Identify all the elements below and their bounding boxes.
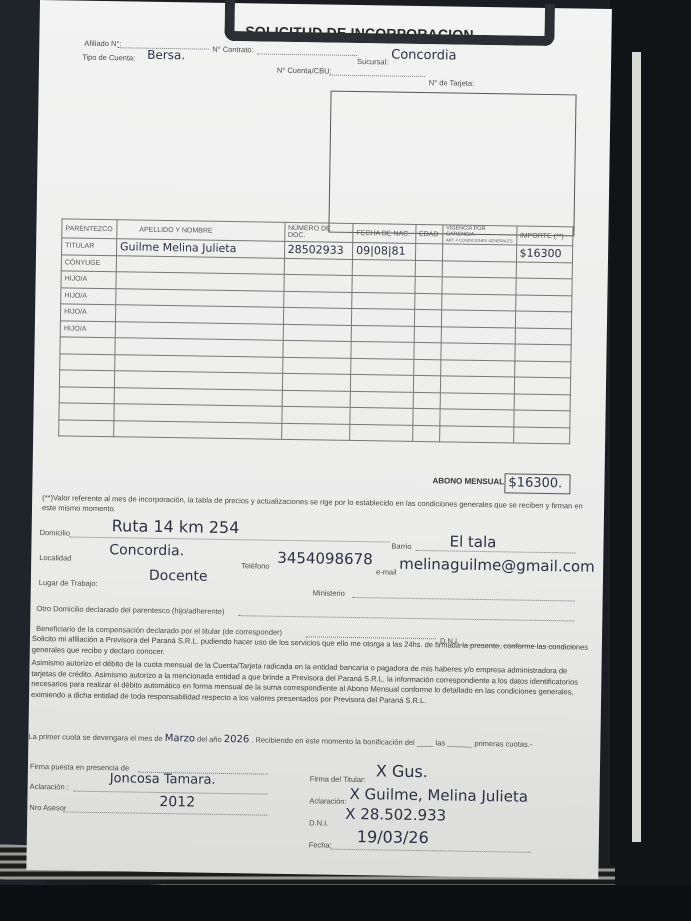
afiliado-label: Afiliado N°: xyxy=(84,39,121,49)
aclaracion-right-value[interactable]: X Guilme, Melina Julieta xyxy=(349,785,528,806)
cell-vigencia[interactable] xyxy=(439,425,513,443)
contrato-label: N° Contrato: xyxy=(212,45,253,55)
cell-edad[interactable] xyxy=(414,309,441,326)
cell-vigencia[interactable] xyxy=(442,277,516,295)
cell-doc[interactable] xyxy=(283,274,352,292)
trabajo-label: Lugar de Trabajo: xyxy=(39,578,98,588)
barrio-value[interactable]: El tala xyxy=(449,533,496,552)
cell-doc[interactable] xyxy=(282,390,351,408)
primer-cuota-line: La primer cuota se devengara el mes de M… xyxy=(28,731,532,750)
vigencia-subtitle: ART. 4 CONDICIONES GENERALES xyxy=(446,237,513,243)
col-importe: IMPORTE (**) xyxy=(516,226,573,246)
asesor-line xyxy=(63,811,267,815)
vigencia-title: VIGENCIA POR CARENCIA xyxy=(446,225,486,237)
bonificacion-text: . Recibiendo en este momento la bonifica… xyxy=(251,735,415,747)
cell-edad[interactable] xyxy=(413,375,440,392)
cell-parentesco xyxy=(59,419,114,436)
cuenta-cbu-field[interactable] xyxy=(329,75,425,78)
bonificacion-cuotas: primeras cuotas.- xyxy=(474,739,532,749)
cell-vigencia[interactable] xyxy=(440,376,514,394)
cell-edad[interactable] xyxy=(414,326,441,343)
cell-doc[interactable] xyxy=(282,340,351,358)
cell-vigencia[interactable] xyxy=(442,244,516,262)
domicilio-value[interactable]: Ruta 14 km 254 xyxy=(112,516,240,537)
cell-fecha-nac[interactable]: 09|08|81 xyxy=(353,242,416,259)
cell-doc[interactable] xyxy=(283,324,352,342)
col-parentesco: PARENTEZCO xyxy=(62,219,117,239)
abono-label: ABONO MENSUAL xyxy=(432,476,504,486)
aclaracion-left-value[interactable]: Joncosa Tamara. xyxy=(110,771,216,788)
cell-doc[interactable] xyxy=(282,373,351,391)
tarjeta-label: N° de Tarjeta: xyxy=(429,78,475,88)
ministerio-field[interactable] xyxy=(353,597,575,601)
tipo-cuenta-label: Tipo de Cuenta: xyxy=(82,53,135,63)
cell-parentesco xyxy=(59,386,114,403)
cell-fecha-nac[interactable] xyxy=(350,424,413,441)
col-doc: NÚMERO DE DOC. xyxy=(284,222,353,242)
tipo-cuenta-value[interactable]: Bersa. xyxy=(147,48,185,63)
cell-vigencia[interactable] xyxy=(439,409,513,427)
cell-parentesco: HIJO/A xyxy=(60,320,115,337)
cell-fecha-nac[interactable] xyxy=(350,374,413,391)
cell-parentesco xyxy=(59,403,114,420)
cell-edad[interactable] xyxy=(415,243,442,260)
cell-fecha-nac[interactable] xyxy=(351,358,414,375)
cell-vigencia[interactable] xyxy=(441,326,515,344)
cell-edad[interactable] xyxy=(412,408,439,425)
primer-cuota-text: La primer cuota se devengara el mes de xyxy=(28,732,162,743)
trabajo-value[interactable]: Docente xyxy=(149,568,208,585)
cell-parentesco xyxy=(60,353,115,370)
email-label: e-mail xyxy=(376,567,397,576)
primer-cuota-anio[interactable]: 2026 xyxy=(224,734,250,745)
cell-edad[interactable] xyxy=(414,293,441,310)
cell-importe[interactable] xyxy=(514,344,571,361)
firma-titular-label: Firma del Titular: xyxy=(310,774,366,784)
cell-parentesco: TITULAR xyxy=(62,238,117,255)
cell-doc[interactable] xyxy=(281,423,350,441)
cell-edad[interactable] xyxy=(414,342,441,359)
cell-doc[interactable] xyxy=(283,307,352,325)
cell-vigencia[interactable] xyxy=(441,310,515,328)
abono-value: $16300. xyxy=(508,475,562,491)
form-sheet: SOLICITUD DE INCORPORACION Afiliado N°: … xyxy=(26,0,612,879)
cell-fecha-nac[interactable] xyxy=(352,259,415,276)
cell-parentesco: HIJO/A xyxy=(61,287,116,304)
cell-doc[interactable] xyxy=(283,291,352,309)
cell-fecha-nac[interactable] xyxy=(351,325,414,342)
contrato-field[interactable] xyxy=(257,53,357,56)
cell-importe[interactable] xyxy=(515,295,572,312)
cell-importe[interactable] xyxy=(515,278,572,295)
cell-vigencia[interactable] xyxy=(440,392,514,410)
cell-importe[interactable]: $16300 xyxy=(516,245,573,262)
debit-authorization-paragraph: Asimismo autorizo el débito de la cuota … xyxy=(31,658,592,709)
telefono-label: Teléfono xyxy=(241,561,269,570)
fecha-label: Fecha: xyxy=(309,840,332,849)
background-right xyxy=(610,0,691,921)
cell-nombre[interactable] xyxy=(114,420,282,439)
cell-importe[interactable] xyxy=(514,360,571,377)
otro-domicilio-label: Otro Domicilio declarado del parentesco … xyxy=(36,604,224,616)
background-edge xyxy=(632,52,641,842)
cell-edad[interactable] xyxy=(412,425,439,442)
cell-doc[interactable]: 28502933 xyxy=(284,241,353,259)
telefono-value[interactable]: 3454098678 xyxy=(277,549,373,568)
cell-parentesco: HIJO/A xyxy=(61,271,116,288)
cell-vigencia[interactable] xyxy=(440,359,514,377)
cell-importe[interactable] xyxy=(515,328,572,345)
cell-vigencia[interactable] xyxy=(440,343,514,361)
asesor-value[interactable]: 2012 xyxy=(159,794,195,811)
col-fecha-nac: FECHA DE NAC. xyxy=(353,223,416,243)
clipboard-clip xyxy=(224,0,555,46)
cell-importe[interactable] xyxy=(514,377,571,394)
email-value[interactable]: melinaguilme@gmail.com xyxy=(399,555,595,576)
aclaracion-left-label: Aclaración : xyxy=(30,782,69,792)
background-bottom xyxy=(0,885,691,921)
family-table-body: TITULARGuilme Melina Julieta2850293309|0… xyxy=(59,238,573,444)
cell-parentesco xyxy=(60,337,115,354)
firma-titular-value[interactable]: X Gus. xyxy=(376,761,428,781)
cell-importe[interactable] xyxy=(515,311,572,328)
cell-doc[interactable] xyxy=(284,258,353,276)
cell-fecha-nac[interactable] xyxy=(351,341,414,358)
asesor-label: Nro Asesor xyxy=(29,803,66,813)
cell-fecha-nac[interactable] xyxy=(350,391,413,408)
cell-vigencia[interactable] xyxy=(441,293,515,311)
cell-doc[interactable] xyxy=(282,357,351,375)
col-nombre: APELLIDO Y NOMBRE xyxy=(117,220,285,242)
dni-titular-value[interactable]: X 28.502.933 xyxy=(345,805,446,825)
col-vigencia: VIGENCIA POR CARENCIAART. 4 CONDICIONES … xyxy=(442,225,516,245)
cell-fecha-nac[interactable] xyxy=(350,407,413,424)
cell-importe[interactable] xyxy=(513,410,570,427)
cell-parentesco: HIJO/A xyxy=(60,304,115,321)
localidad-value[interactable]: Concordia. xyxy=(109,542,184,559)
ministerio-label: Ministerio xyxy=(313,588,345,598)
primer-cuota-mes[interactable]: Marzo xyxy=(165,733,195,744)
fecha-line xyxy=(331,849,531,853)
family-table: PARENTEZCO APELLIDO Y NOMBRE NÚMERO DE D… xyxy=(58,218,573,444)
photo-box xyxy=(328,91,576,237)
cell-fecha-nac[interactable] xyxy=(352,292,415,309)
sucursal-label: Sucursal: xyxy=(357,57,388,66)
cuenta-cbu-label: N° Cuenta/CBU: xyxy=(277,66,332,76)
cell-fecha-nac[interactable] xyxy=(352,308,415,325)
dni-titular-label: D.N.I. xyxy=(309,818,328,827)
cell-vigencia[interactable] xyxy=(442,260,516,278)
cell-edad[interactable] xyxy=(413,359,440,376)
otro-domicilio-field[interactable] xyxy=(238,615,574,621)
cell-importe[interactable] xyxy=(513,426,570,443)
cell-edad[interactable] xyxy=(415,276,442,293)
sucursal-value[interactable]: Concordia xyxy=(391,48,457,64)
cell-parentesco xyxy=(59,370,114,387)
bonificacion-las: las xyxy=(436,738,446,747)
abono-box[interactable]: $16300. xyxy=(504,473,570,494)
col-edad: EDAD xyxy=(415,224,442,243)
aclaracion-right-label: Aclaración: xyxy=(309,796,346,806)
cell-parentesco: CÓNYUGE xyxy=(61,254,116,271)
primer-cuota-anio-label: del año xyxy=(197,735,222,744)
cell-importe[interactable] xyxy=(514,393,571,410)
barrio-label: Barrio xyxy=(391,542,411,551)
cell-edad[interactable] xyxy=(413,392,440,409)
cell-doc[interactable] xyxy=(281,406,350,424)
fecha-value[interactable]: 19/03/26 xyxy=(357,827,429,847)
cell-edad[interactable] xyxy=(415,260,442,277)
localidad-label: Localidad xyxy=(39,553,71,563)
cell-fecha-nac[interactable] xyxy=(352,275,415,292)
domicilio-label: Domicilio xyxy=(40,528,71,537)
cell-importe[interactable] xyxy=(516,262,573,279)
